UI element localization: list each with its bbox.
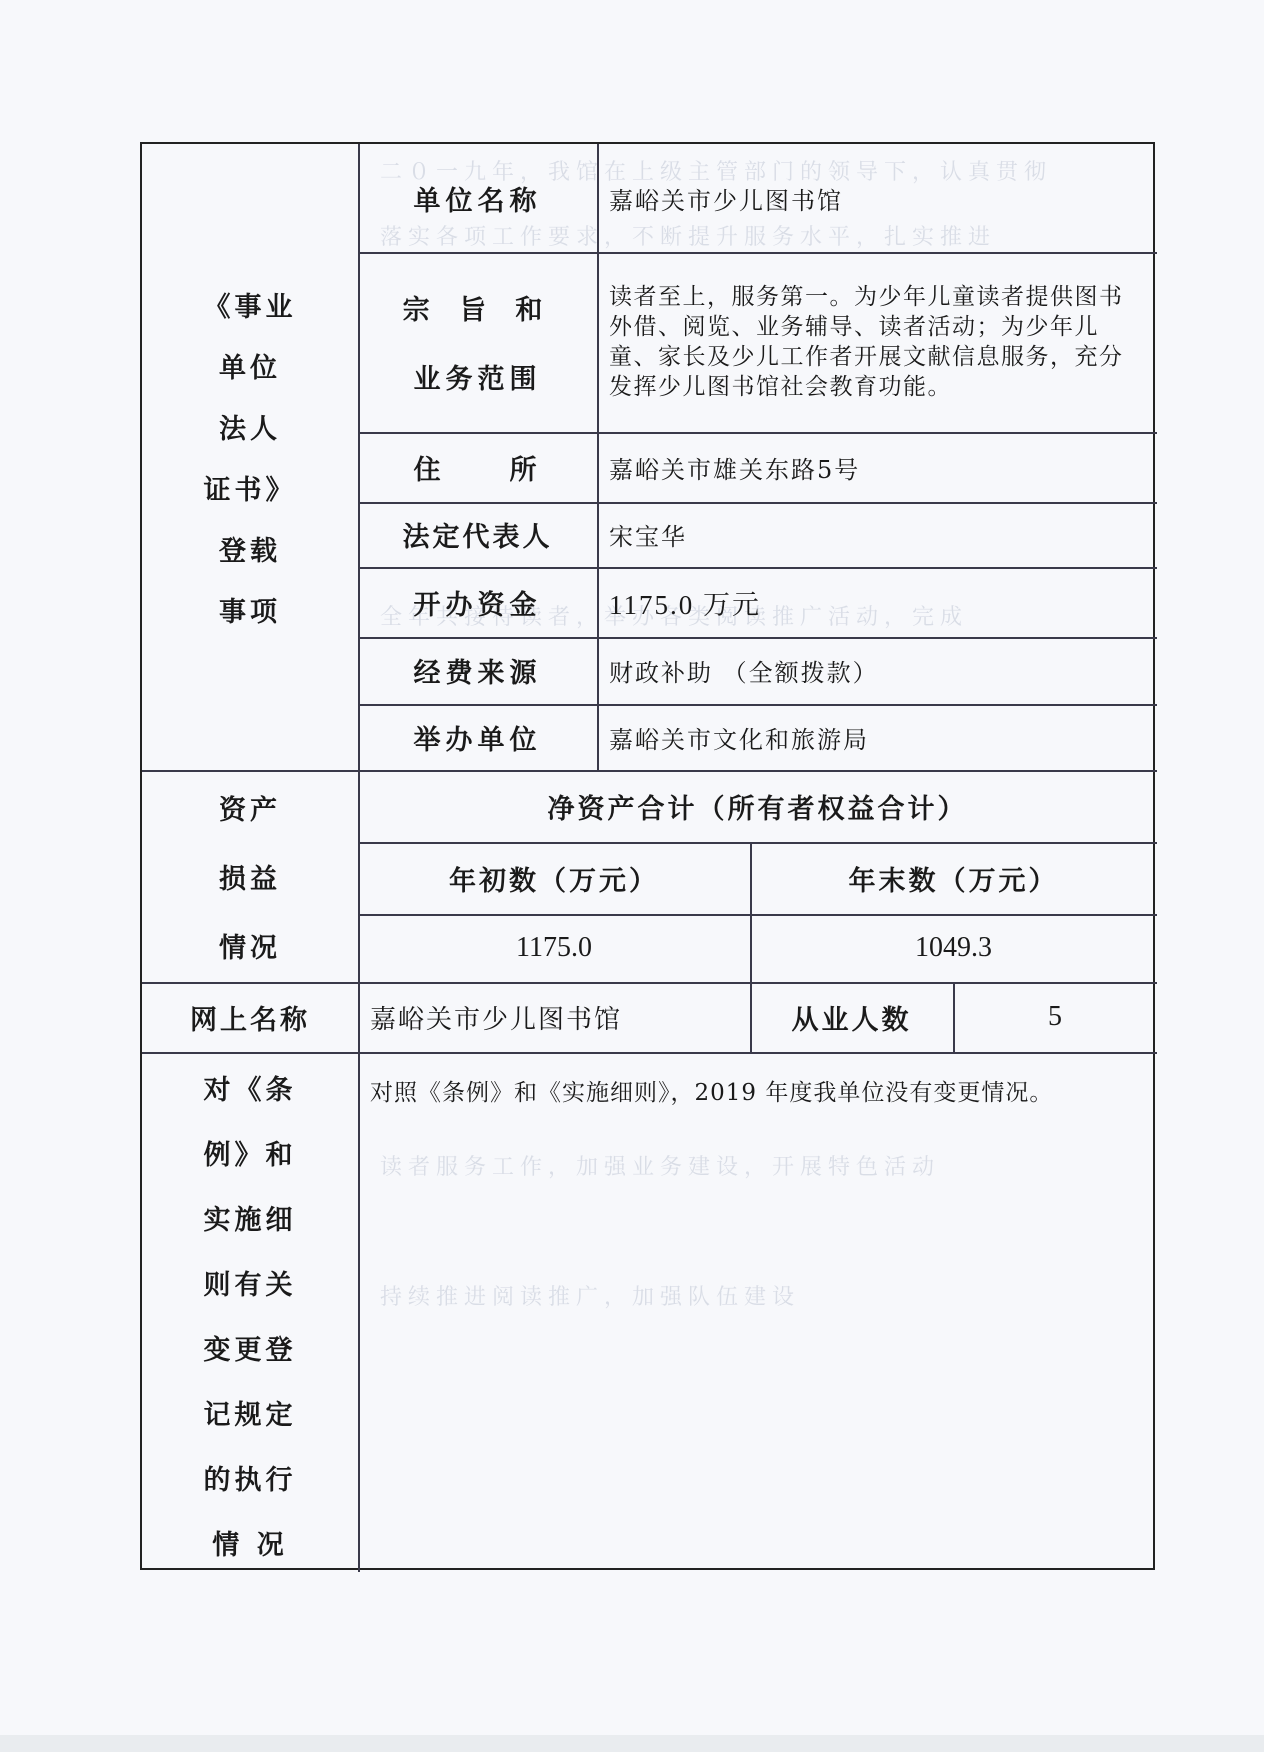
staff-count-label: 从业人数 xyxy=(750,982,953,1052)
address-value: 嘉峪关市雄关东路5号 xyxy=(597,432,1157,502)
group-label-line: 资产 xyxy=(219,788,281,827)
purpose-label-line: 业务范围 xyxy=(414,357,542,396)
group-label-line: 证书》 xyxy=(204,468,297,507)
funding-source-label: 经费来源 xyxy=(358,637,597,704)
unit-name-value: 嘉峪关市少儿图书馆 xyxy=(597,144,1157,252)
compliance-value: 对照《条例》和《实施细则》，2019 年度我单位没有变更情况。 xyxy=(358,1052,1157,1572)
group-label-line: 对《条 xyxy=(204,1068,297,1107)
end-year-value: 1049.3 xyxy=(750,914,1157,982)
capital-label: 开办资金 xyxy=(358,567,597,637)
scan-edge xyxy=(0,1735,1264,1752)
unit-name-label: 单位名称 xyxy=(358,144,597,252)
registration-table: 《事业 单位 法人 证书》 登载 事项 单位名称 嘉峪关市少儿图书馆 宗 旨 和… xyxy=(140,142,1155,1570)
group-label-line: 记规定 xyxy=(204,1393,297,1432)
group-label-line: 实施细 xyxy=(204,1198,297,1237)
legal-rep-label: 法定代表人 xyxy=(358,502,597,567)
purpose-label-line: 宗 旨 和 xyxy=(403,288,553,327)
group-label-line: 法人 xyxy=(219,407,281,446)
group-label-line: 的执行 xyxy=(204,1458,297,1497)
group-label-line: 《事业 xyxy=(204,285,297,324)
group-label-line: 事项 xyxy=(219,590,281,629)
address-label: 住 所 xyxy=(358,432,597,502)
online-name-label: 网上名称 xyxy=(142,982,358,1052)
legal-rep-value: 宋宝华 xyxy=(597,502,1157,567)
group-label-line: 情况 xyxy=(219,926,281,965)
certificate-group-label: 《事业 单位 法人 证书》 登载 事项 xyxy=(142,144,358,770)
funding-source-value: 财政补助 （全额拨款） xyxy=(597,637,1157,704)
purpose-scope-label: 宗 旨 和 业务范围 xyxy=(358,252,597,432)
begin-year-value: 1175.0 xyxy=(358,914,750,982)
group-label-line: 损益 xyxy=(219,857,281,896)
online-name-value: 嘉峪关市少儿图书馆 xyxy=(358,982,750,1052)
assets-group-label: 资产 损益 情况 xyxy=(142,770,358,982)
group-label-line: 登载 xyxy=(219,529,281,568)
capital-value: 1175.0 万元 xyxy=(597,567,1157,637)
group-label-line: 情 况 xyxy=(212,1523,287,1562)
sponsor-label: 举办单位 xyxy=(358,704,597,770)
sponsor-value: 嘉峪关市文化和旅游局 xyxy=(597,704,1157,770)
begin-year-label: 年初数（万元） xyxy=(358,842,750,914)
group-label-line: 则有关 xyxy=(204,1263,297,1302)
compliance-group-label: 对《条 例》和 实施细 则有关 变更登 记规定 的执行 情 况 xyxy=(142,1052,358,1572)
group-label-line: 变更登 xyxy=(204,1328,297,1367)
staff-count-value: 5 xyxy=(953,982,1157,1052)
end-year-label: 年末数（万元） xyxy=(750,842,1157,914)
group-label-line: 例》和 xyxy=(204,1133,297,1172)
net-assets-header: 净资产合计（所有者权益合计） xyxy=(358,770,1157,842)
group-label-line: 单位 xyxy=(219,346,281,385)
purpose-scope-value: 读者至上，服务第一。为少年儿童读者提供图书外借、阅览、业务辅导、读者活动；为少年… xyxy=(597,252,1157,432)
